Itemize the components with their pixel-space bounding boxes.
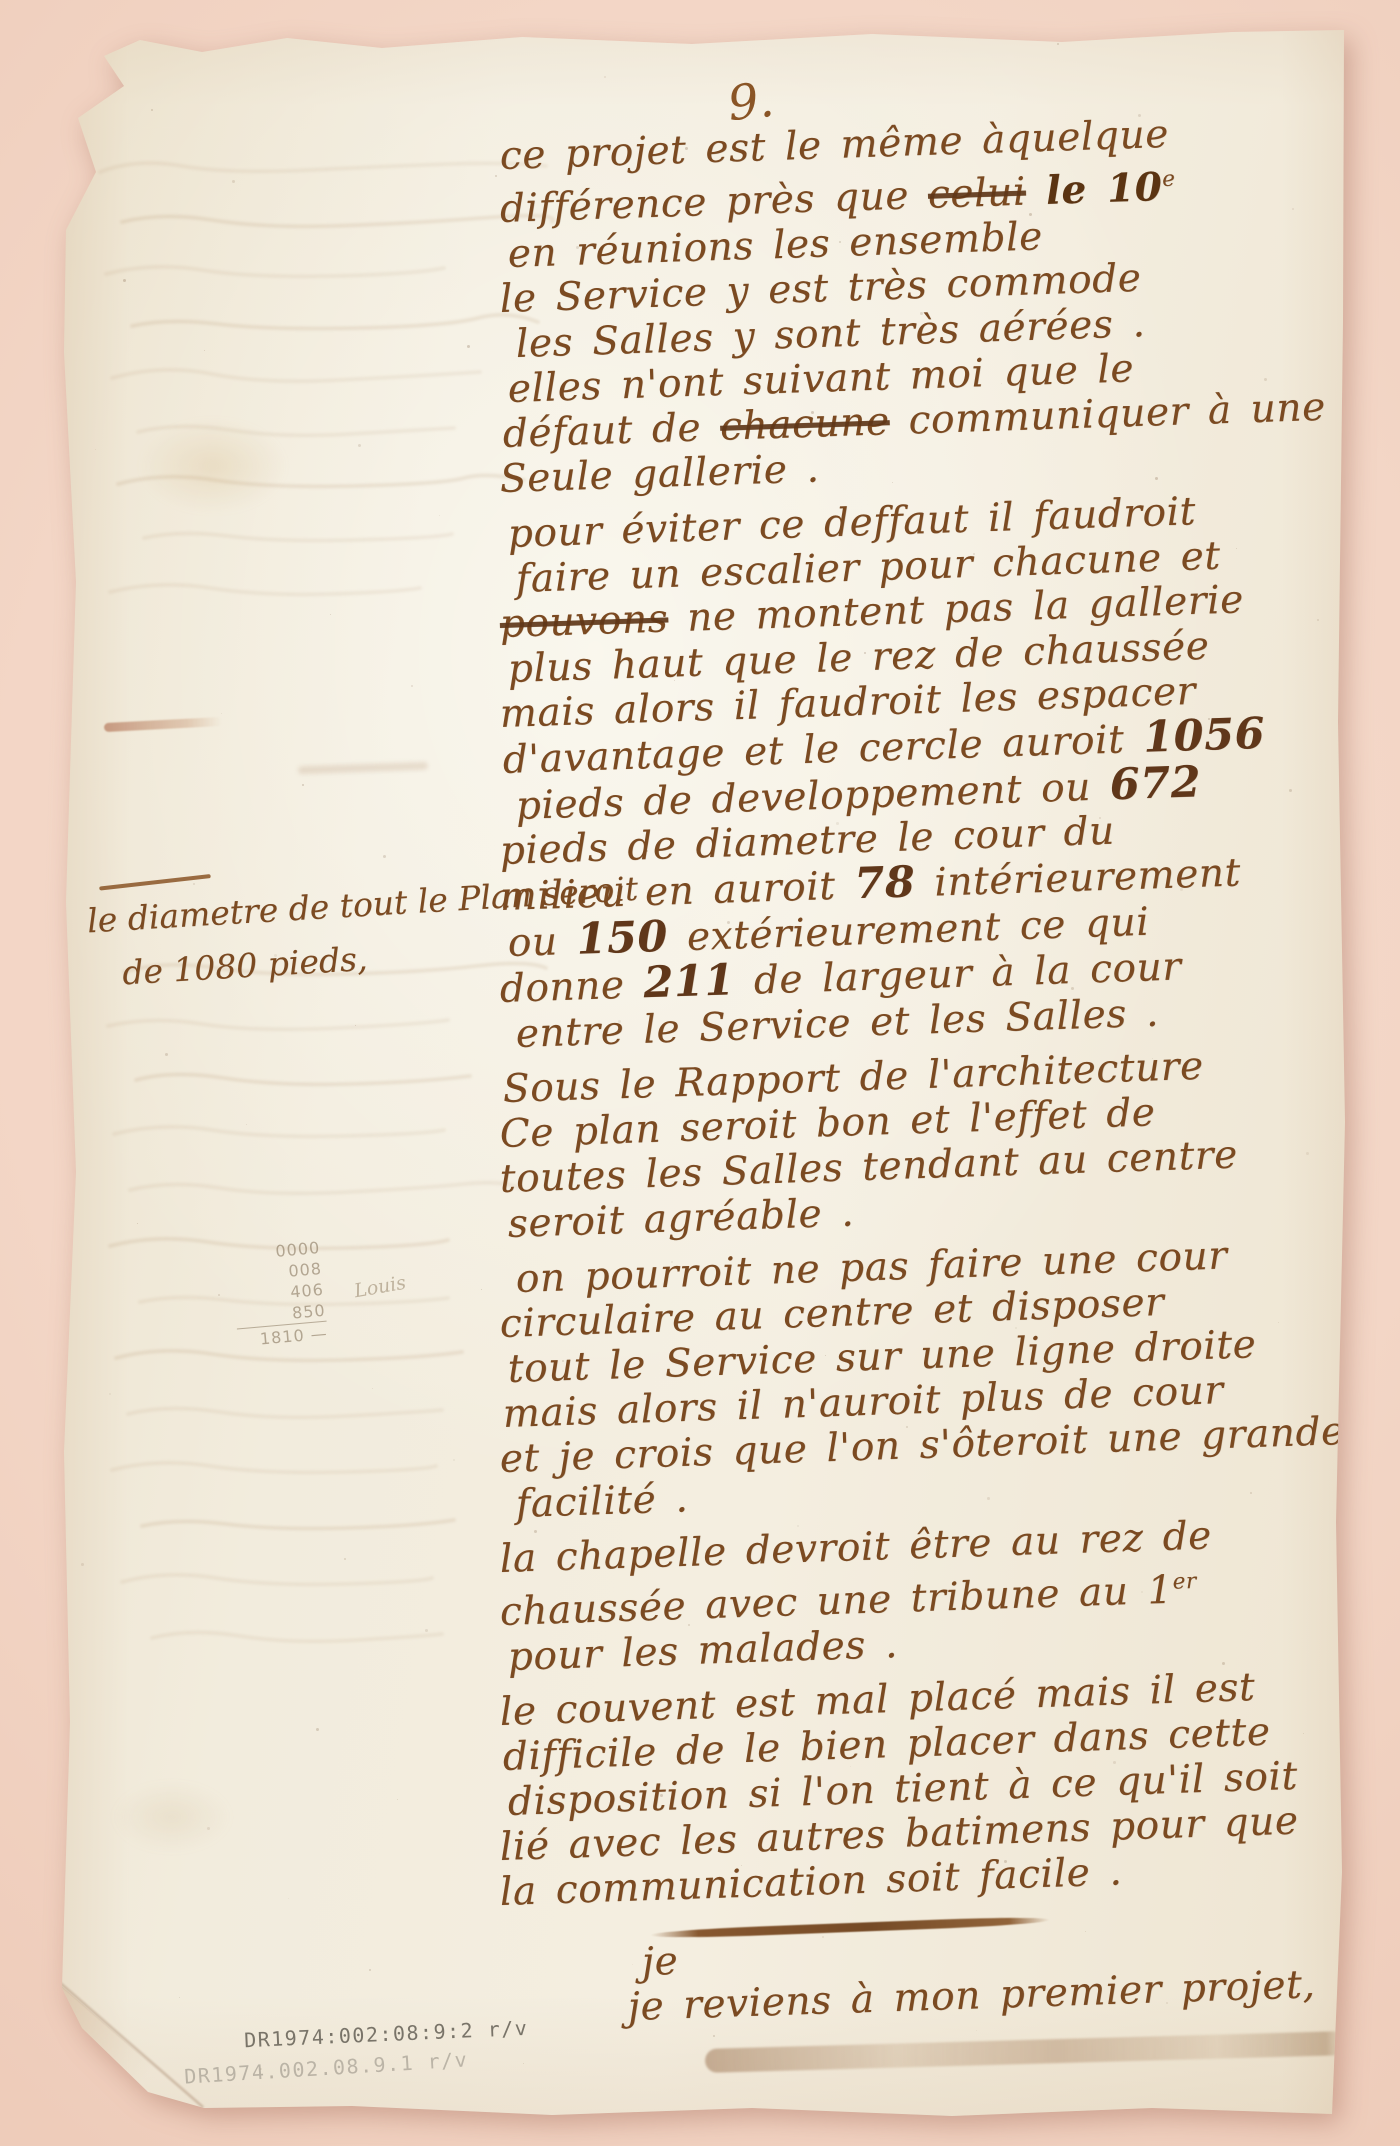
struck-word: pouvons <box>499 596 669 647</box>
speck <box>221 713 222 714</box>
speck <box>246 1124 247 1125</box>
speck <box>604 76 606 78</box>
speck <box>232 180 235 183</box>
speck <box>316 1728 319 1731</box>
manuscript-page: 9. le diametre de tout le Plan seroit de… <box>0 0 1400 2146</box>
speck <box>372 1388 373 1389</box>
speck <box>383 855 386 858</box>
speck <box>425 1629 428 1632</box>
text-segment: 78 <box>854 857 917 909</box>
struck-word: celui <box>927 170 1026 218</box>
speck <box>165 1053 168 1056</box>
text-segment: défaut de <box>502 405 721 457</box>
text-segment: er <box>1172 1569 1197 1595</box>
paper-sheet: 9. le diametre de tout le Plan seroit de… <box>52 22 1346 2122</box>
text-segment: 211 <box>643 955 736 1008</box>
page-number: 9. <box>725 72 776 132</box>
manuscript-text-block: ce projet est le même àquelquedifférence… <box>500 134 1360 2064</box>
text-segment: ou <box>507 919 577 966</box>
text-segment: 672 <box>1109 757 1202 810</box>
scan-backdrop: 9. le diametre de tout le Plan seroit de… <box>0 0 1400 2146</box>
speck <box>302 784 304 786</box>
speck <box>123 279 126 282</box>
text-segment: 1056 <box>1142 709 1265 763</box>
speck <box>137 1223 138 1224</box>
speck <box>207 1827 210 1830</box>
text-segment: je <box>641 1939 679 1985</box>
speck <box>344 1558 346 1560</box>
speck <box>369 1969 371 1971</box>
text-segment: le 10 <box>1025 164 1163 215</box>
speck <box>109 1393 111 1395</box>
speck <box>204 350 205 351</box>
speck <box>495 175 497 177</box>
speck <box>95 449 96 450</box>
speck <box>81 1563 84 1566</box>
speck <box>411 685 413 687</box>
speck <box>151 109 153 111</box>
speck <box>330 614 331 615</box>
speck <box>439 515 440 516</box>
speck <box>467 345 470 348</box>
speck <box>453 1459 455 1461</box>
speck <box>218 1294 220 1296</box>
speck <box>355 1025 356 1026</box>
struck-word: chacune <box>719 399 890 450</box>
pencil-tally: 00000084068501810 — <box>245 1237 328 1350</box>
text-segment: Seule gallerie . <box>499 446 820 502</box>
speck <box>1057 43 1059 45</box>
speck <box>70 38 71 39</box>
text-segment: 150 <box>576 912 669 965</box>
speck <box>397 1799 398 1800</box>
text-segment: facilité . <box>515 1476 689 1527</box>
speck <box>358 444 361 447</box>
speck <box>288 1898 289 1899</box>
text-segment: donne <box>499 962 644 1012</box>
text-segment: e <box>1162 167 1176 192</box>
speck <box>481 1289 482 1290</box>
speck <box>179 1997 180 1998</box>
